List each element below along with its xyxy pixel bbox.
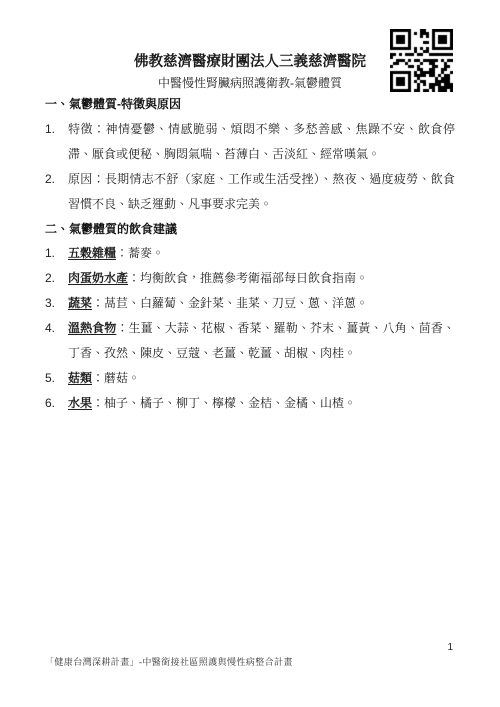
food-category-detail: ：萵苣、白蘿蔔、金針菜、韭菜、刀豆、蔥、洋蔥。 [92, 296, 368, 310]
list-item-number: 4. [45, 316, 55, 341]
list-item-fruits: 6. 水果：柚子、橘子、柳丁、檸檬、金桔、金橘、山楂。 [45, 391, 455, 416]
list-item-number: 1. [45, 241, 55, 266]
list-item-causes: 2. 原因：長期情志不舒（家庭、工作或生活受挫）、熬夜、過度疲勞、飲食 習慣不良… [45, 167, 455, 217]
food-category-label: 水果 [68, 396, 92, 410]
list-item-features: 1. 特徵：神情憂鬱、情感脆弱、煩悶不樂、多愁善感、焦躁不安、飲食停 滯、厭食或… [45, 117, 455, 167]
footer-program-title: 「健康台灣深耕計畫」-中醫銜接社區照護與慢性病整合計畫 [45, 655, 455, 668]
section-heading-features-causes: 一、氣鬱體質-特徵與原因 [45, 92, 455, 117]
list-item-vegetables: 3. 蔬菜：萵苣、白蘿蔔、金針菜、韭菜、刀豆、蔥、洋蔥。 [45, 291, 455, 316]
list-item-mushrooms: 5. 菇類：蘑菇。 [45, 366, 455, 391]
list-item-line: 丁香、孜然、陳皮、豆蔻、老薑、乾薑、胡椒、肉桂。 [68, 341, 455, 366]
list-item-number: 6. [45, 391, 55, 416]
food-category-label: 菇類 [68, 371, 92, 385]
list-item-line: 溫熱食物：生薑、大蒜、花椒、香菜、羅勒、芥末、薑黃、八角、茴香、 [68, 316, 455, 341]
list-item-number: 2. [45, 167, 55, 192]
list-item-line: 肉蛋奶水產：均衡飲食，推薦參考衛福部每日飲食指南。 [68, 266, 455, 291]
list-item-line: 滯、厭食或便秘、胸悶氣喘、苔薄白、舌淡紅、經常嘆氣。 [68, 142, 455, 167]
list-item-number: 2. [45, 266, 55, 291]
document-body: 一、氣鬱體質-特徵與原因 1. 特徵：神情憂鬱、情感脆弱、煩悶不樂、多愁善感、焦… [45, 92, 455, 416]
food-category-label: 五穀雜糧 [68, 246, 116, 260]
list-item-line: 特徵：神情憂鬱、情感脆弱、煩悶不樂、多愁善感、焦躁不安、飲食停 [68, 117, 455, 142]
food-category-detail: ：柚子、橘子、柳丁、檸檬、金桔、金橘、山楂。 [92, 396, 356, 410]
list-item-line: 菇類：蘑菇。 [68, 366, 455, 391]
section-heading-diet-advice: 二、氣鬱體質的飲食建議 [45, 217, 455, 242]
food-category-label: 溫熱食物 [68, 321, 116, 335]
food-category-detail: ：生薑、大蒜、花椒、香菜、羅勒、芥末、薑黃、八角、茴香、 [116, 321, 455, 335]
list-item-number: 5. [45, 366, 55, 391]
food-category-detail: ：蕎麥。 [116, 246, 164, 260]
food-category-detail: ：蘑菇。 [92, 371, 140, 385]
list-item-line: 原因：長期情志不舒（家庭、工作或生活受挫）、熬夜、過度疲勞、飲食 [68, 167, 455, 192]
food-category-label: 蔬菜 [68, 296, 92, 310]
list-item-number: 3. [45, 291, 55, 316]
food-category-detail: ：均衡飲食，推薦參考衛福部每日飲食指南。 [128, 271, 368, 285]
list-item-line: 水果：柚子、橘子、柳丁、檸檬、金桔、金橘、山楂。 [68, 391, 455, 416]
list-item-grains: 1. 五穀雜糧：蕎麥。 [45, 241, 455, 266]
list-item-line: 習慣不良、缺乏運動、凡事要求完美。 [68, 192, 455, 217]
list-item-number: 1. [45, 117, 55, 142]
page-number: 1 [447, 642, 453, 653]
list-item-warming-foods: 4. 溫熱食物：生薑、大蒜、花椒、香菜、羅勒、芥末、薑黃、八角、茴香、 丁香、孜… [45, 316, 455, 366]
list-item-protein: 2. 肉蛋奶水產：均衡飲食，推薦參考衛福部每日飲食指南。 [45, 266, 455, 291]
qr-code [390, 29, 453, 92]
list-item-line: 五穀雜糧：蕎麥。 [68, 241, 455, 266]
document-page: 佛教慈濟醫療財團法人三義慈濟醫院 中醫慢性腎臟病照護衛教-氣鬱體質 一、氣鬱體質… [0, 0, 500, 707]
list-item-line: 蔬菜：萵苣、白蘿蔔、金針菜、韭菜、刀豆、蔥、洋蔥。 [68, 291, 455, 316]
food-category-label: 肉蛋奶水產 [68, 271, 128, 285]
